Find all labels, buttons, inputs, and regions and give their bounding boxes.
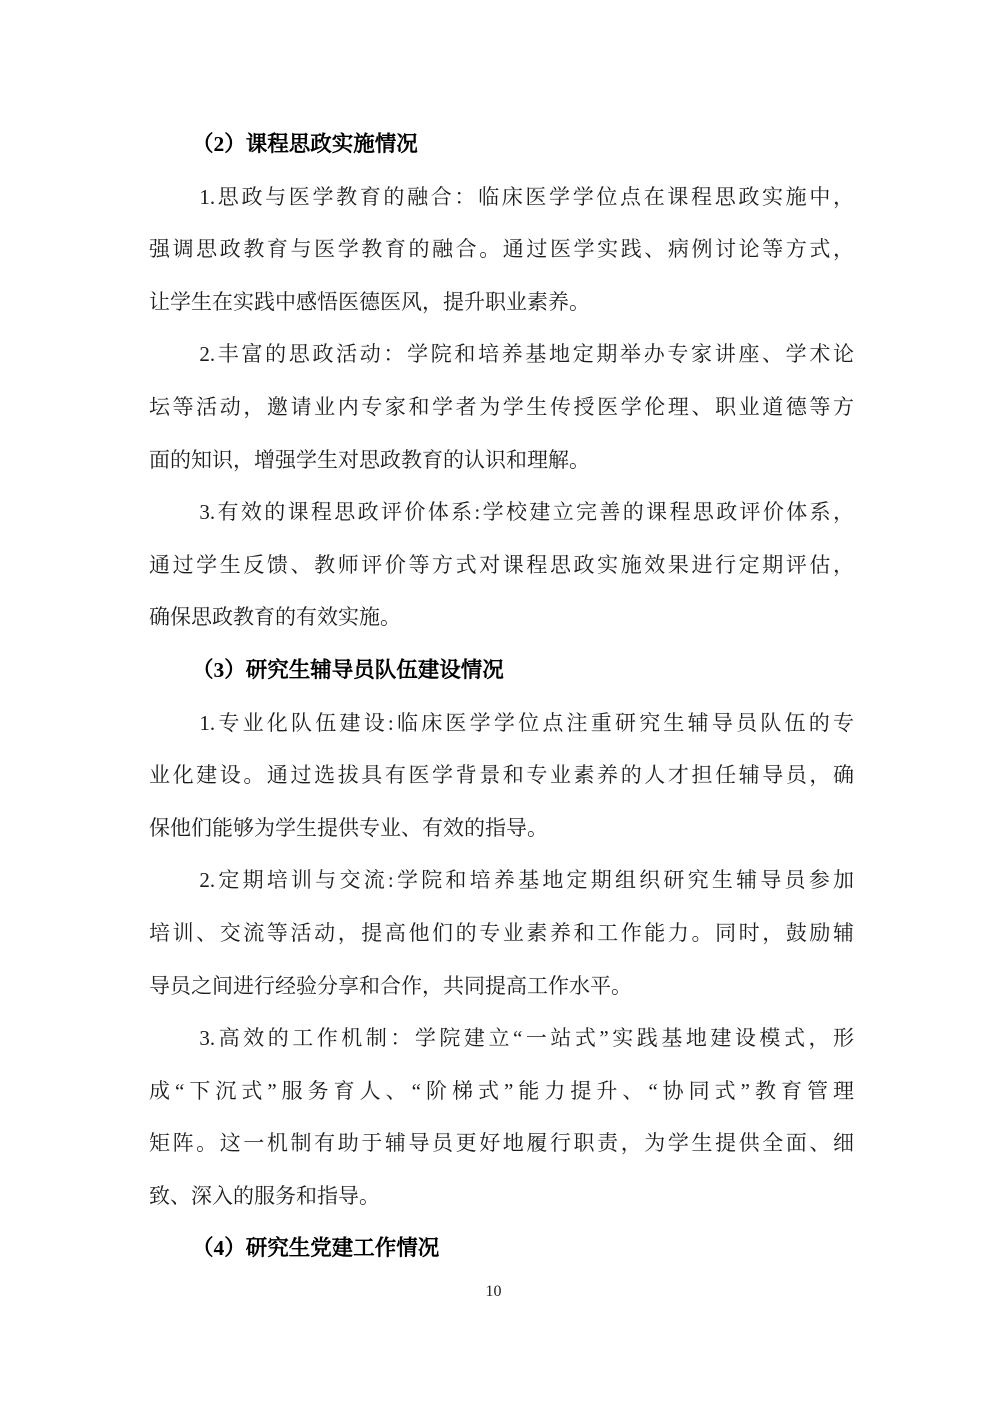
text-line: 2.丰富的思政活动：学院和培养基地定期举办专家讲座、学术论 xyxy=(149,328,854,381)
text-line: 1.专业化队伍建设:临床医学学位点注重研究生辅导员队伍的专 xyxy=(149,697,854,750)
document-page: （2）课程思政实施情况1.思政与医学教育的融合：临床医学学位点在课程思政实施中，… xyxy=(0,0,999,1414)
document-body: （2）课程思政实施情况1.思政与医学教育的融合：临床医学学位点在课程思政实施中，… xyxy=(149,118,854,1275)
text-line: 培训、交流等活动，提高他们的专业素养和工作能力。同时，鼓励辅 xyxy=(149,907,854,960)
text-line: 让学生在实践中感悟医德医风，提升职业素养。 xyxy=(149,276,854,329)
text-line: 通过学生反馈、教师评价等方式对课程思政实施效果进行定期评估， xyxy=(149,539,854,592)
text-line: 矩阵。这一机制有助于辅导员更好地履行职责，为学生提供全面、细 xyxy=(149,1117,854,1170)
text-line: 2.定期培训与交流:学院和培养基地定期组织研究生辅导员参加 xyxy=(149,854,854,907)
text-line: 成“下沉式”服务育人、“阶梯式”能力提升、“协同式”教育管理 xyxy=(149,1065,854,1118)
text-line: 导员之间进行经验分享和合作，共同提高工作水平。 xyxy=(149,960,854,1013)
page-number: 10 xyxy=(0,1283,987,1301)
section-heading: （3）研究生辅导员队伍建设情况 xyxy=(149,644,854,697)
section-heading: （2）课程思政实施情况 xyxy=(149,118,854,171)
section-heading: （4）研究生党建工作情况 xyxy=(149,1222,854,1275)
text-line: 1.思政与医学教育的融合：临床医学学位点在课程思政实施中， xyxy=(149,171,854,224)
text-line: 致、深入的服务和指导。 xyxy=(149,1170,854,1223)
text-line: 确保思政教育的有效实施。 xyxy=(149,591,854,644)
text-line: 坛等活动，邀请业内专家和学者为学生传授医学伦理、职业道德等方 xyxy=(149,381,854,434)
text-line: 强调思政教育与医学教育的融合。通过医学实践、病例讨论等方式， xyxy=(149,223,854,276)
text-line: 面的知识，增强学生对思政教育的认识和理解。 xyxy=(149,434,854,487)
text-line: 保他们能够为学生提供专业、有效的指导。 xyxy=(149,802,854,855)
text-line: 3.有效的课程思政评价体系:学校建立完善的课程思政评价体系， xyxy=(149,486,854,539)
text-line: 业化建设。通过选拔具有医学背景和专业素养的人才担任辅导员，确 xyxy=(149,749,854,802)
text-line: 3.高效的工作机制：学院建立“一站式”实践基地建设模式，形 xyxy=(149,1012,854,1065)
